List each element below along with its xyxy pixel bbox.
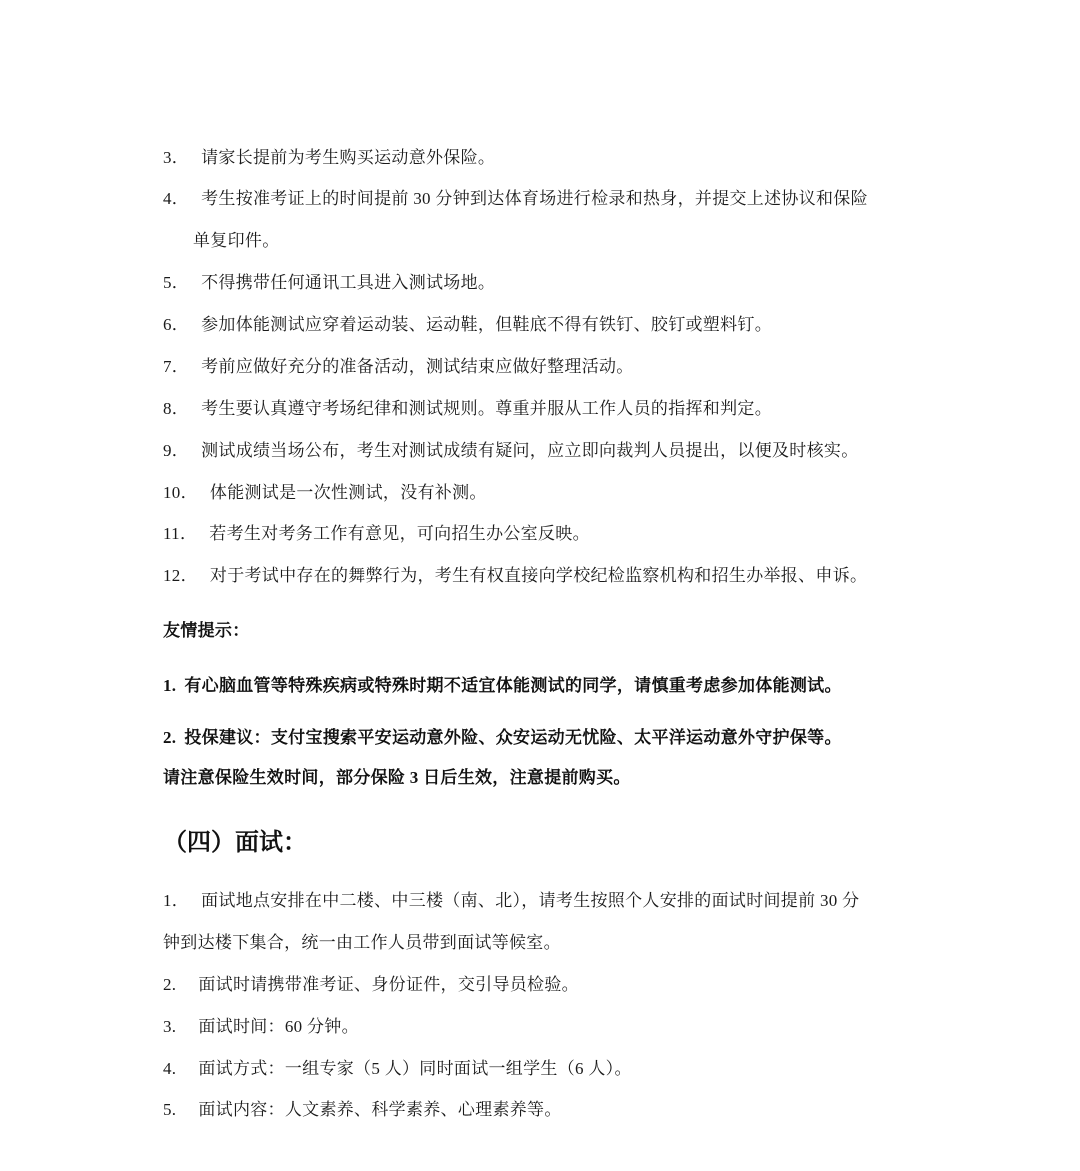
- tip-item-2: 2.投保建议：支付宝搜索平安运动意外险、众安运动无忧险、太平洋运动意外守护保等。: [163, 727, 842, 749]
- interview-text: 面试方式：一组专家（5 人）同时面试一组学生（6 人）。: [198, 1059, 631, 1078]
- rule-text: 对于考试中存在的舞弊行为，考生有权直接向学校纪检监察机构和招生办举报、申诉。: [210, 566, 867, 585]
- interview-text: 面试地点安排在中二楼、中三楼（南、北），请考生按照个人安排的面试时间提前 30 …: [201, 891, 859, 910]
- rule-item-7: 7．考前应做好充分的准备活动，测试结束应做好整理活动。: [163, 356, 634, 378]
- rule-item-6: 6．参加体能测试应穿着运动装、运动鞋，但鞋底不得有铁钉、胶钉或塑料钉。: [163, 314, 772, 336]
- rule-number: 10．: [163, 482, 198, 504]
- tip-text-continuation: 请注意保险生效时间，部分保险 3 日后生效，注意提前购买。: [163, 768, 631, 787]
- rule-text: 不得携带任何通讯工具进入测试场地。: [201, 273, 495, 292]
- interview-text-continuation: 钟到达楼下集合，统一由工作人员带到面试等候室。: [163, 933, 561, 952]
- interview-number: 2.: [163, 974, 176, 996]
- tip-number: 2.: [163, 727, 176, 749]
- rule-item-3: 3．请家长提前为考生购买运动意外保险。: [163, 147, 495, 169]
- rule-number: 12．: [163, 565, 198, 587]
- tip-number: 1.: [163, 675, 176, 697]
- document-page: 3．请家长提前为考生购买运动意外保险。 4．考生按准考证上的时间提前 30 分钟…: [0, 0, 1080, 1171]
- tip-text: 投保建议：支付宝搜索平安运动意外险、众安运动无忧险、太平洋运动意外守护保等。: [184, 728, 841, 747]
- interview-number: 3.: [163, 1016, 176, 1038]
- rule-text: 参加体能测试应穿着运动装、运动鞋，但鞋底不得有铁钉、胶钉或塑料钉。: [201, 315, 772, 334]
- interview-number: 5.: [163, 1099, 176, 1121]
- interview-item-1: 1．面试地点安排在中二楼、中三楼（南、北），请考生按照个人安排的面试时间提前 3…: [163, 890, 859, 912]
- interview-item-1-continuation: 钟到达楼下集合，统一由工作人员带到面试等候室。: [163, 932, 561, 954]
- rule-number: 7．: [163, 356, 189, 378]
- rule-item-5: 5．不得携带任何通讯工具进入测试场地。: [163, 272, 495, 294]
- rule-text: 考生按准考证上的时间提前 30 分钟到达体育场进行检录和热身，并提交上述协议和保…: [201, 189, 868, 208]
- rule-item-4: 4．考生按准考证上的时间提前 30 分钟到达体育场进行检录和热身，并提交上述协议…: [163, 188, 868, 210]
- rule-text: 体能测试是一次性测试，没有补测。: [210, 483, 487, 502]
- interview-item-5: 5.面试内容：人文素养、科学素养、心理素养等。: [163, 1099, 562, 1121]
- interview-number: 1．: [163, 890, 189, 912]
- interview-text: 面试内容：人文素养、科学素养、心理素养等。: [198, 1100, 561, 1119]
- tip-item-1: 1.有心脑血管等特殊疾病或特殊时期不适宜体能测试的同学，请慎重考虑参加体能测试。: [163, 675, 842, 697]
- rule-item-8: 8．考生要认真遵守考场纪律和测试规则。尊重并服从工作人员的指挥和判定。: [163, 398, 772, 420]
- interview-text: 面试时请携带准考证、身份证件，交引导员检验。: [198, 975, 579, 994]
- rule-number: 5．: [163, 272, 189, 294]
- rule-text: 若考生对考务工作有意见，可向招生办公室反映。: [209, 524, 590, 543]
- rule-text: 考前应做好充分的准备活动，测试结束应做好整理活动。: [201, 357, 634, 376]
- rule-item-12: 12．对于考试中存在的舞弊行为，考生有权直接向学校纪检监察机构和招生办举报、申诉…: [163, 565, 867, 587]
- rule-number: 11．: [163, 523, 197, 545]
- rule-number: 8．: [163, 398, 189, 420]
- rule-text: 请家长提前为考生购买运动意外保险。: [201, 148, 495, 167]
- interview-item-2: 2.面试时请携带准考证、身份证件，交引导员检验。: [163, 974, 579, 996]
- rule-item-4-continuation: 单复印件。: [193, 230, 280, 252]
- section-heading-interview: （四）面试：: [163, 828, 307, 858]
- rule-item-9: 9．测试成绩当场公布，考生对测试成绩有疑问，应立即向裁判人员提出，以便及时核实。: [163, 440, 859, 462]
- rule-number: 9．: [163, 440, 189, 462]
- interview-item-3: 3.面试时间：60 分钟。: [163, 1016, 359, 1038]
- interview-number: 4.: [163, 1058, 176, 1080]
- rule-number: 6．: [163, 314, 189, 336]
- rule-item-11: 11．若考生对考务工作有意见，可向招生办公室反映。: [163, 523, 590, 545]
- tips-title: 友情提示：: [163, 620, 250, 642]
- rule-text: 测试成绩当场公布，考生对测试成绩有疑问，应立即向裁判人员提出，以便及时核实。: [201, 441, 858, 460]
- rule-number: 4．: [163, 188, 189, 210]
- tip-item-2-continuation: 请注意保险生效时间，部分保险 3 日后生效，注意提前购买。: [163, 767, 631, 789]
- rule-number: 3．: [163, 147, 189, 169]
- rule-item-10: 10．体能测试是一次性测试，没有补测。: [163, 482, 487, 504]
- rule-text: 考生要认真遵守考场纪律和测试规则。尊重并服从工作人员的指挥和判定。: [201, 399, 772, 418]
- rule-text-continuation: 单复印件。: [193, 231, 280, 250]
- interview-item-4: 4.面试方式：一组专家（5 人）同时面试一组学生（6 人）。: [163, 1058, 632, 1080]
- tip-text: 有心脑血管等特殊疾病或特殊时期不适宜体能测试的同学，请慎重考虑参加体能测试。: [184, 676, 841, 695]
- interview-text: 面试时间：60 分钟。: [198, 1017, 359, 1036]
